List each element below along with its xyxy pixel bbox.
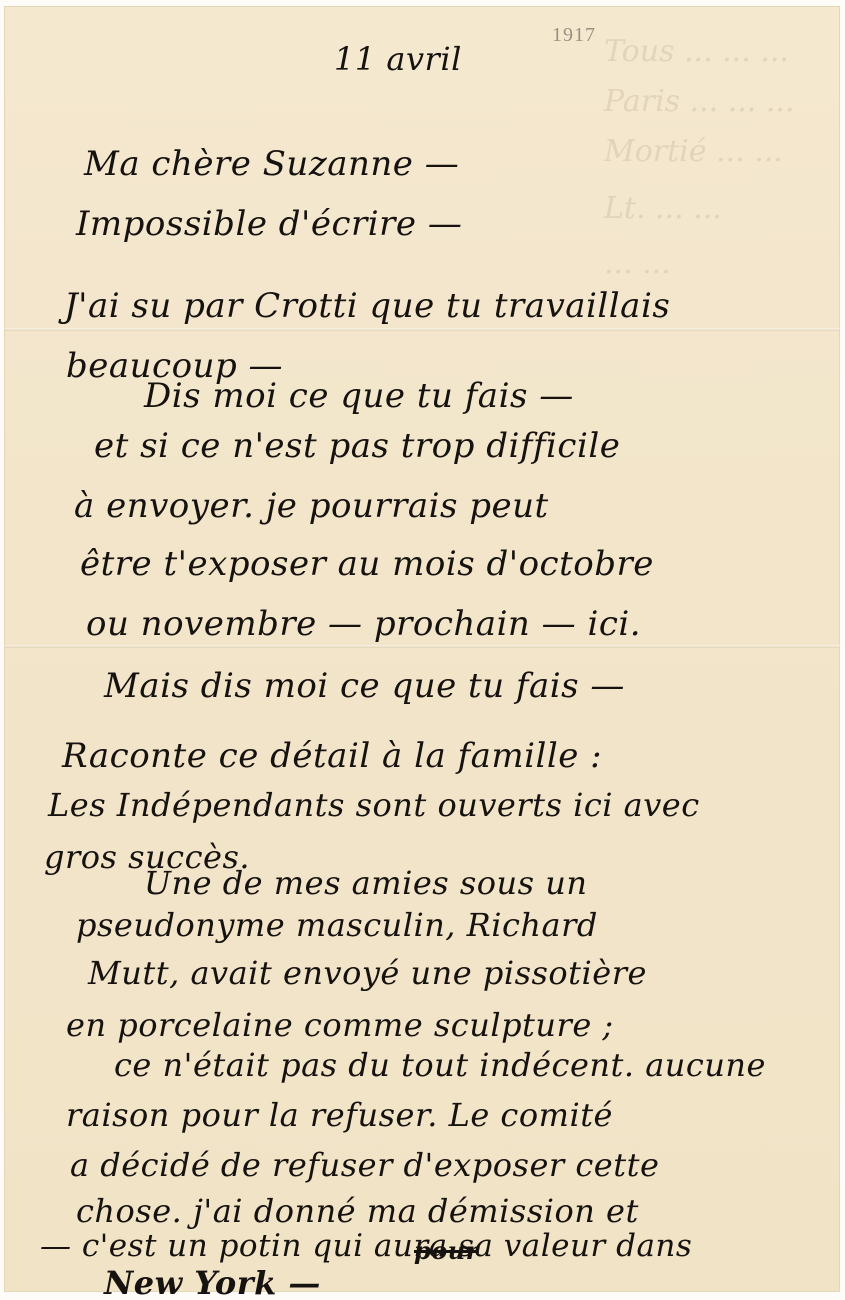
letter-line: Une de mes amies sous un xyxy=(144,864,587,902)
fold-line-upper xyxy=(4,328,840,331)
letter-line: Les Indépendants sont ouverts ici avec xyxy=(48,786,700,824)
letter-line: chose. j'ai donné ma démission et xyxy=(76,1192,639,1230)
letter-line: être t'exposer au mois d'octobre xyxy=(80,544,654,584)
letter-page: Tous ... ... ... Paris ... ... ... Morti… xyxy=(4,6,840,1292)
salutation: Ma chère Suzanne — xyxy=(84,144,459,184)
bleed-through-text: Lt. ... ... xyxy=(604,191,722,226)
letter-line: Raconte ce détail à la famille : xyxy=(62,736,602,776)
letter-line: Mais dis moi ce que tu fais — xyxy=(104,666,625,706)
bleed-through-text: ... ... xyxy=(604,246,671,281)
letter-line: en porcelaine comme sculpture ; xyxy=(66,1006,614,1044)
letter-line: ce n'était pas du tout indécent. aucune xyxy=(114,1046,766,1084)
struck-word: pour xyxy=(414,1236,479,1265)
letter-line: ou novembre — prochain — ici. xyxy=(86,604,641,644)
letter-line: Dis moi ce que tu fais — xyxy=(144,376,574,416)
archival-year-note: 1917 xyxy=(552,24,596,47)
letter-line: Impossible d'écrire — xyxy=(76,204,462,244)
letter-date: 11 avril xyxy=(334,40,462,78)
letter-line: pseudonyme masculin, Richard xyxy=(76,906,598,944)
letter-line: a décidé de refuser d'exposer cette xyxy=(70,1146,659,1184)
letter-line: New York — xyxy=(104,1264,321,1300)
bleed-through-text: Tous ... ... ... xyxy=(604,34,789,69)
letter-line: et si ce n'est pas trop difficile xyxy=(94,426,620,466)
fold-line-lower xyxy=(4,645,840,648)
letter-line: — c'est un potin qui aura sa valeur dans xyxy=(40,1228,692,1264)
letter-line: J'ai su par Crotti que tu travaillais xyxy=(64,286,670,326)
letter-line: Mutt, avait envoyé une pissotière xyxy=(88,954,647,992)
bleed-through-text: Mortié ... ... xyxy=(604,134,783,169)
letter-line: raison pour la refuser. Le comité xyxy=(66,1096,613,1134)
bleed-through-text: Paris ... ... ... xyxy=(604,84,795,119)
letter-line: à envoyer. je pourrais peut xyxy=(74,486,549,526)
